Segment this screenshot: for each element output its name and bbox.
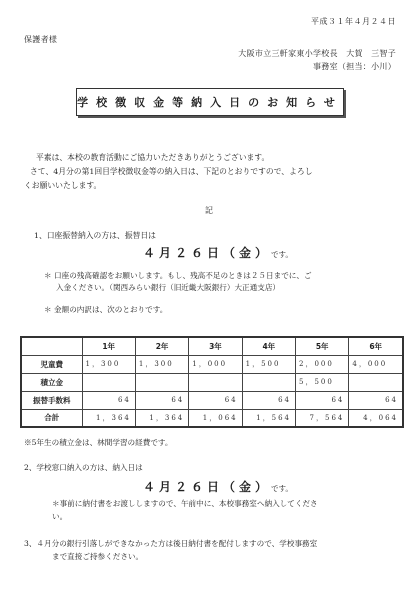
table-cell (135, 373, 188, 391)
table-cell: 1，300 (135, 355, 188, 373)
item1-note1-line2: 入金ください。（関西みらい銀行（旧近畿大阪銀行）大正通支店） (56, 282, 280, 293)
ki-heading: 記 (205, 205, 213, 216)
table-cell: 64 (349, 391, 403, 409)
table-cell (82, 373, 135, 391)
item2-date: ４月２６日（金） (143, 480, 271, 494)
table-cell (349, 373, 403, 391)
greeting-line-2: さて、4月分の第1回目学校徴収金等の納入日は、下記のとおりですので、よろし (30, 166, 313, 177)
item3-line2: まで直接ご持参ください。 (52, 551, 143, 562)
recipient: 保護者様 (24, 34, 57, 45)
greeting-line-1: 平素は、本校の教育活動にご協力いただきありがとうございます。 (36, 152, 269, 163)
table-cell: 64 (242, 391, 295, 409)
document-date: 平成３１年４月２４日 (311, 16, 396, 27)
table-cell: 1，300 (82, 355, 135, 373)
table-row: 振替手数料 64 64 64 64 64 64 (21, 391, 403, 409)
table-cell: 64 (135, 391, 188, 409)
table-cell: 4，000 (349, 355, 403, 373)
item1-date: ４月２６日（金） (143, 246, 271, 260)
table-cell: 1，000 (189, 355, 242, 373)
item2-date-line: ４月２６日（金）です。 (143, 478, 293, 495)
item2-note-line1: ＊事前に納付書をお渡ししますので、午前中に、本校事務室へ納入してくださ (52, 498, 318, 509)
title-box: 学校徴収金等納入日のお知らせ (76, 88, 344, 116)
greeting-line-3: くお願いいたします。 (24, 180, 101, 191)
item1-date-suffix: です。 (271, 250, 293, 259)
table-header-cell: 1年 (82, 337, 135, 355)
table-cell (242, 373, 295, 391)
table-header-cell: 3年 (189, 337, 242, 355)
table-cell: 64 (189, 391, 242, 409)
table-cell: 1，064 (189, 409, 242, 427)
table-cell: 4，064 (349, 409, 403, 427)
item1-note2: ＊ 金額の内訳は、次のとおりです。 (44, 304, 167, 315)
table-cell: 1，500 (242, 355, 295, 373)
table-cell: 64 (82, 391, 135, 409)
table-cell (189, 373, 242, 391)
table-cell: 2，000 (296, 355, 349, 373)
sender-principal: 大阪市立三軒家東小学校長 大賀 三智子 (238, 48, 396, 59)
table-header-cell: 5年 (296, 337, 349, 355)
item1-date-line: ４月２６日（金）です。 (143, 244, 293, 261)
item1-note1-line1: ＊ 口座の残高確認をお願いします。もし、残高不足のときは２５日までに、ご (44, 270, 312, 281)
item3-line1: 3、４月分の銀行引落しができなかった方は後日納付書を配付しますので、学校事務室 (24, 538, 317, 549)
fee-table: 1年 2年 3年 4年 5年 6年 児童費 1，300 1，300 1，000 … (20, 336, 404, 428)
row-label: 積立金 (21, 373, 82, 391)
table-cell: 5，500 (296, 373, 349, 391)
sender-office: 事務室（担当：小川） (313, 61, 396, 72)
table-header-cell: 4年 (242, 337, 295, 355)
table-cell: 1，364 (135, 409, 188, 427)
table-cell: 1，364 (82, 409, 135, 427)
table-row: 児童費 1，300 1，300 1，000 1，500 2，000 4，000 (21, 355, 403, 373)
table-row: 積立金 5，500 (21, 373, 403, 391)
page-title: 学校徴収金等納入日のお知らせ (77, 94, 343, 110)
row-label: 振替手数料 (21, 391, 82, 409)
table-cell: 64 (296, 391, 349, 409)
table-row-total: 合計 1，364 1，364 1，064 1，564 7，564 4，064 (21, 409, 403, 427)
table-header-cell: 2年 (135, 337, 188, 355)
footnote: ※5年生の積立金は、林間学習の経費です。 (24, 437, 173, 448)
item2-text: 2、学校窓口納入の方は、納入日は (24, 462, 143, 473)
table-header-cell: 6年 (349, 337, 403, 355)
item1-text: 1、口座振替納入の方は、振替日は (34, 230, 156, 241)
row-label: 児童費 (21, 355, 82, 373)
table-cell: 1，564 (242, 409, 295, 427)
table-header-cell (21, 337, 82, 355)
item2-date-suffix: です。 (271, 484, 293, 493)
row-label: 合計 (21, 409, 82, 427)
table-cell: 7，564 (296, 409, 349, 427)
table-header-row: 1年 2年 3年 4年 5年 6年 (21, 337, 403, 355)
item2-note-line2: い。 (52, 511, 67, 522)
